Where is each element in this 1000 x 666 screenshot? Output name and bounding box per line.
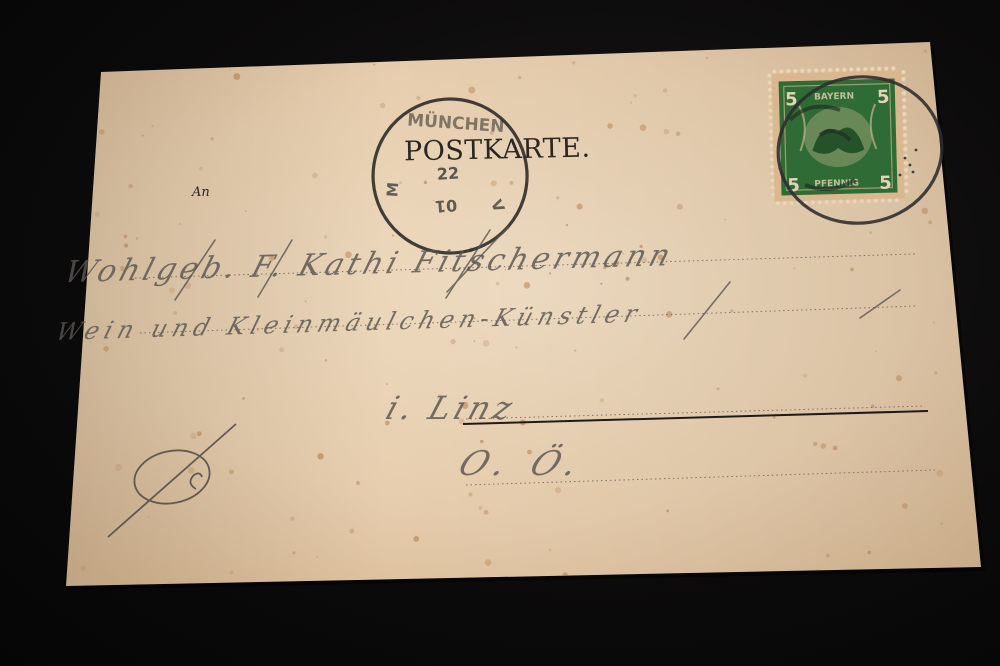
stamp-value-tr: 5 <box>877 87 890 108</box>
postmark-day: 22 <box>436 163 460 184</box>
postkarte-title: POSTKARTE. <box>404 133 591 168</box>
postcard: POSTKARTE. An MÜNCHEN M V 22 01 5 5 5 5 … <box>0 0 1000 666</box>
stamp-value-br: 5 <box>879 173 892 194</box>
handwriting-line-4: O. Ö. <box>453 443 594 483</box>
postmark-city-prefix: M <box>383 181 402 197</box>
postmark-year: 01 <box>434 196 458 217</box>
handwriting-line-3: i. Linz <box>381 390 521 427</box>
address-prefix-an: An <box>191 185 210 200</box>
stamp-country: BAYERN <box>814 92 854 103</box>
photo-scene: POSTKARTE. An MÜNCHEN M V 22 01 5 5 5 5 … <box>0 0 1000 666</box>
